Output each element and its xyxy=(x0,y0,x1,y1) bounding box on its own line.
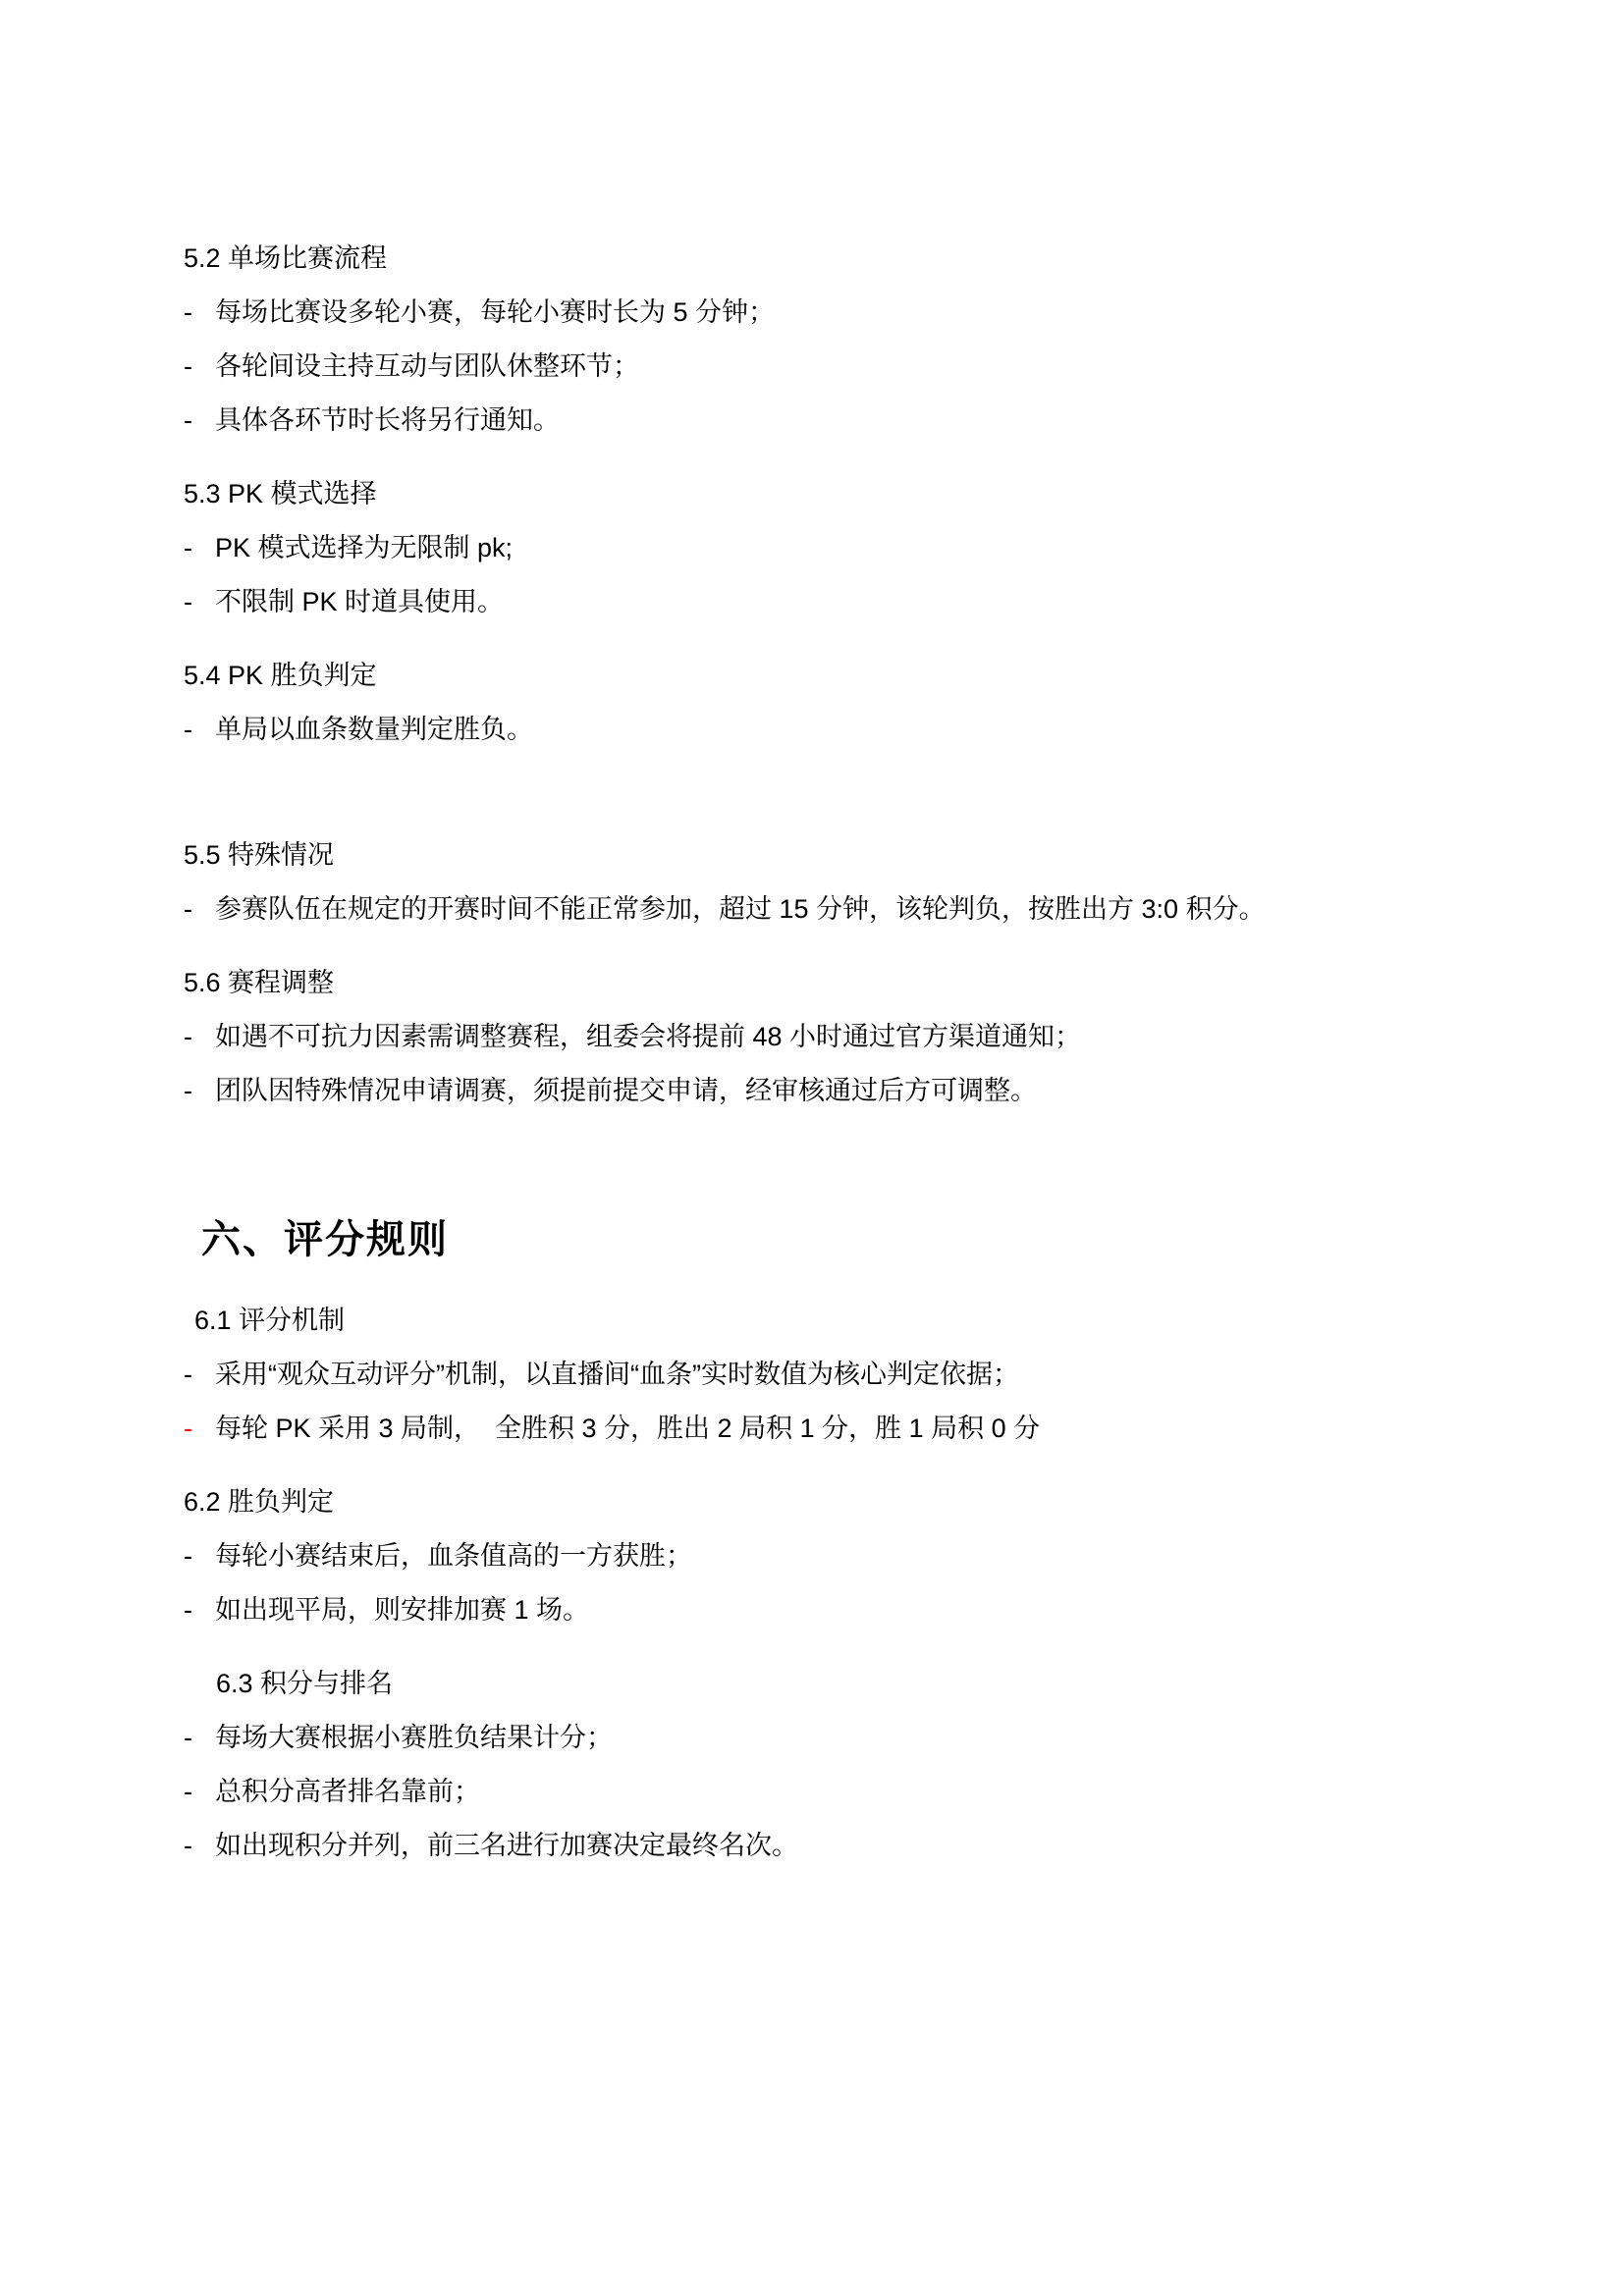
bullet-text: 如出现积分并列，前三名进行加赛决定最终名次。 xyxy=(215,1831,1428,1860)
bullet-dash: - xyxy=(184,1022,215,1051)
bullet-line: -如遇不可抗力因素需调整赛程，组委会将提前 48 小时通过官方渠道通知； xyxy=(184,1022,1428,1051)
bullet-text: 如出现平局，则安排加赛 1 场。 xyxy=(215,1595,1428,1625)
bullet-text: 总积分高者排名靠前； xyxy=(215,1777,1428,1806)
document-page: 5.2 单场比赛流程-每场比赛设多轮小赛，每轮小赛时长为 5 分钟；-各轮间设主… xyxy=(0,0,1624,2296)
bullet-text: 具体各环节时长将另行通知。 xyxy=(215,405,1428,435)
bullet-line: -单局以血条数量判定胜负。 xyxy=(184,715,1428,744)
bullet-dash: - xyxy=(184,1541,215,1571)
bullet-text: 每场比赛设多轮小赛，每轮小赛时长为 5 分钟； xyxy=(215,297,1428,327)
subsection-heading: 6.2 胜负判定 xyxy=(184,1487,1428,1517)
bullet-line: -PK 模式选择为无限制 pk; xyxy=(184,533,1428,562)
bullet-text: PK 模式选择为无限制 pk; xyxy=(215,533,1428,562)
bullet-text: 单局以血条数量判定胜负。 xyxy=(215,715,1428,744)
subsection-heading: 5.3 PK 模式选择 xyxy=(184,479,1428,508)
subsection-heading: 5.4 PK 胜负判定 xyxy=(184,661,1428,690)
subsection-heading: 6.3 积分与排名 xyxy=(216,1669,1428,1698)
bullet-line: -团队因特殊情况申请调赛，须提前提交申请，经审核通过后方可调整。 xyxy=(184,1076,1428,1105)
bullet-text: 参赛队伍在规定的开赛时间不能正常参加，超过 15 分钟，该轮判负，按胜出方 3:… xyxy=(215,894,1428,924)
section-heading: 六、评分规则 xyxy=(201,1218,1428,1261)
bullet-text: 每轮小赛结束后，血条值高的一方获胜； xyxy=(215,1541,1428,1571)
bullet-dash: - xyxy=(184,1360,215,1389)
bullet-line: -每场比赛设多轮小赛，每轮小赛时长为 5 分钟； xyxy=(184,297,1428,327)
bullet-dash: - xyxy=(184,351,215,381)
bullet-dash: - xyxy=(184,405,215,435)
bullet-text: 团队因特殊情况申请调赛，须提前提交申请，经审核通过后方可调整。 xyxy=(215,1076,1428,1105)
bullet-text: 每场大赛根据小赛胜负结果计分； xyxy=(215,1723,1428,1752)
document-body: 5.2 单场比赛流程-每场比赛设多轮小赛，每轮小赛时长为 5 分钟；-各轮间设主… xyxy=(0,0,1624,1860)
bullet-line: -采用“观众互动评分”机制，以直播间“血条”实时数值为核心判定依据； xyxy=(184,1360,1428,1389)
bullet-dash: - xyxy=(184,1777,215,1806)
bullet-line: -如出现积分并列，前三名进行加赛决定最终名次。 xyxy=(184,1831,1428,1860)
bullet-dash: - xyxy=(184,894,215,924)
bullet-line: -不限制 PK 时道具使用。 xyxy=(184,587,1428,616)
bullet-dash: - xyxy=(184,533,215,562)
bullet-line: -每场大赛根据小赛胜负结果计分； xyxy=(184,1723,1428,1752)
bullet-dash: - xyxy=(184,1723,215,1752)
bullet-dash: - xyxy=(184,587,215,616)
bullet-dash: - xyxy=(184,715,215,744)
subsection-heading: 5.5 特殊情况 xyxy=(184,840,1428,870)
subsection-heading: 5.2 单场比赛流程 xyxy=(184,243,1428,273)
bullet-text: 采用“观众互动评分”机制，以直播间“血条”实时数值为核心判定依据； xyxy=(215,1360,1428,1389)
bullet-dash-red: - xyxy=(184,1414,215,1443)
subsection-heading: 5.6 赛程调整 xyxy=(184,968,1428,997)
bullet-text: 各轮间设主持互动与团队休整环节； xyxy=(215,351,1428,381)
bullet-dash: - xyxy=(184,1595,215,1625)
bullet-line: -参赛队伍在规定的开赛时间不能正常参加，超过 15 分钟，该轮判负，按胜出方 3… xyxy=(184,894,1428,924)
bullet-line: -总积分高者排名靠前； xyxy=(184,1777,1428,1806)
subsection-heading: 6.1 评分机制 xyxy=(194,1306,1428,1335)
bullet-line: -各轮间设主持互动与团队休整环节； xyxy=(184,351,1428,381)
bullet-text: 每轮 PK 采用 3 局制， 全胜积 3 分，胜出 2 局积 1 分，胜 1 局… xyxy=(215,1414,1428,1443)
bullet-dash: - xyxy=(184,1076,215,1105)
bullet-line: -如出现平局，则安排加赛 1 场。 xyxy=(184,1595,1428,1625)
bullet-line: -每轮小赛结束后，血条值高的一方获胜； xyxy=(184,1541,1428,1571)
bullet-line: -具体各环节时长将另行通知。 xyxy=(184,405,1428,435)
bullet-dash: - xyxy=(184,297,215,327)
bullet-text: 如遇不可抗力因素需调整赛程，组委会将提前 48 小时通过官方渠道通知； xyxy=(215,1022,1428,1051)
bullet-dash: - xyxy=(184,1831,215,1860)
bullet-line: -每轮 PK 采用 3 局制， 全胜积 3 分，胜出 2 局积 1 分，胜 1 … xyxy=(184,1414,1428,1443)
bullet-text: 不限制 PK 时道具使用。 xyxy=(215,587,1428,616)
